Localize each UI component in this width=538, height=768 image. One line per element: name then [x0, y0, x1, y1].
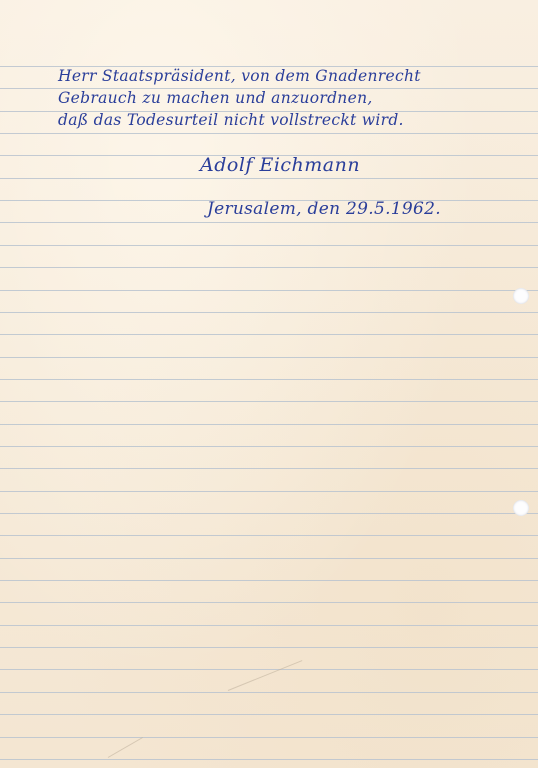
- ruled-line: [0, 133, 538, 134]
- ruled-line: [0, 424, 538, 425]
- ruled-line: [0, 357, 538, 358]
- ruled-line: [0, 535, 538, 536]
- ruled-line: [0, 401, 538, 402]
- ruled-line: [0, 312, 538, 313]
- ruled-line: [0, 245, 538, 246]
- ruled-line: [0, 602, 538, 603]
- ruled-line: [0, 446, 538, 447]
- ruled-line: [0, 290, 538, 291]
- ruled-line: [0, 334, 538, 335]
- ruled-line: [0, 379, 538, 380]
- letter-line-2: Gebrauch zu machen und anzuordnen,: [58, 89, 373, 107]
- ruled-line: [0, 759, 538, 760]
- paper-crease: [228, 660, 303, 691]
- signature: Adolf Eichmann: [200, 154, 360, 176]
- ruled-line: [0, 625, 538, 626]
- paper-crease: [108, 737, 143, 758]
- ruled-line: [0, 580, 538, 581]
- ruled-line: [0, 178, 538, 179]
- ruled-line: [0, 222, 538, 223]
- ruled-line: [0, 491, 538, 492]
- ruled-line: [0, 647, 538, 648]
- ruled-line: [0, 468, 538, 469]
- ruled-line: [0, 267, 538, 268]
- letter-line-1: Herr Staatspräsident, von dem Gnadenrech…: [58, 67, 421, 85]
- punch-hole-upper: [513, 288, 529, 304]
- ruled-line: [0, 513, 538, 514]
- ruled-line: [0, 737, 538, 738]
- ruled-line: [0, 714, 538, 715]
- punch-hole-lower: [513, 500, 529, 516]
- ruled-line: [0, 558, 538, 559]
- ruled-line: [0, 669, 538, 670]
- ruled-line: [0, 692, 538, 693]
- letter-line-3: daß das Todesurteil nicht vollstreckt wi…: [58, 111, 404, 129]
- lined-paper-page: Herr Staatspräsident, von dem Gnadenrech…: [0, 0, 538, 768]
- place-and-date: Jerusalem, den 29.5.1962.: [207, 199, 441, 219]
